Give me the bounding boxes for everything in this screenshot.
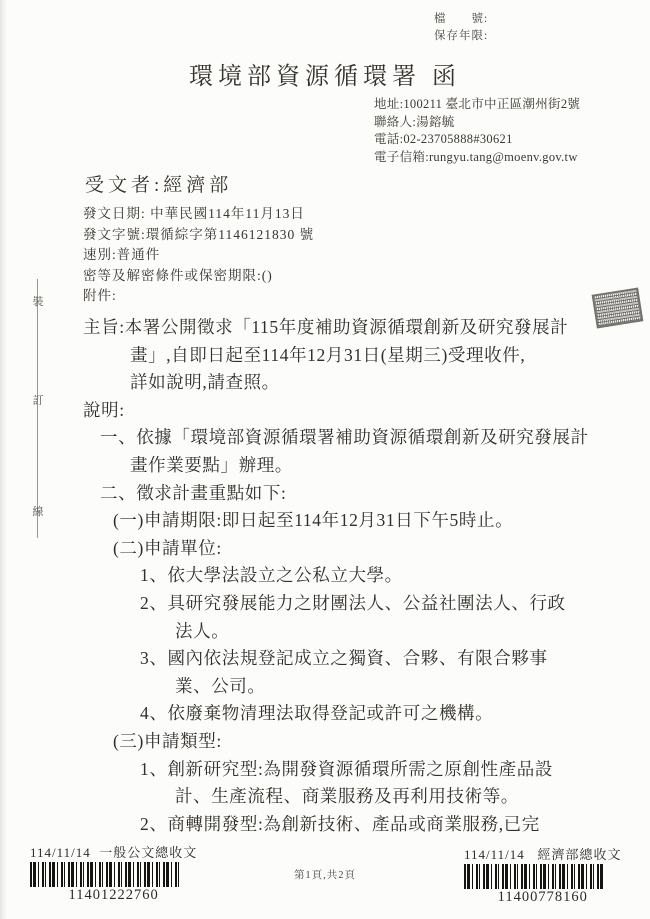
numbered-item: 1、創新研究型:為開發資源循環所需之原創性產品設 (0, 756, 650, 784)
binding-mark-xian: 線 (31, 503, 45, 519)
contact-phone: 電話:02-23705888#30621 (374, 131, 580, 149)
retention-period-label: 保存年限: (434, 28, 488, 45)
attachment-label: 附件: (83, 286, 314, 307)
numbered-item: 法人。 (0, 618, 650, 646)
binding-mark-zhuang: 裝 (31, 293, 45, 309)
sub-item: (三)申請類型: (0, 728, 650, 756)
receipt-office: 一般公文總收文 (99, 845, 197, 860)
subject-line: 主旨:本署公開徵求「115年度補助資源循環創新及研究發展計 (0, 314, 650, 342)
sub-item: (二)申請單位: (0, 535, 650, 563)
priority-level: 速別:普通件 (83, 245, 314, 266)
numbered-item: 1、依大學法設立之公私立大學。 (0, 562, 650, 590)
dispatch-date: 發文日期: 中華民國114年11月13日 (83, 204, 314, 225)
page-indicator: 第1頁,共2頁 (0, 867, 650, 882)
receipt-date: 114/11/14 (30, 845, 91, 860)
explanation-item: 二、徵求計畫重點如下: (0, 480, 650, 508)
explanation-heading: 說明: (0, 397, 650, 425)
numbered-item: 4、依廢棄物清理法取得登記或許可之機構。 (0, 700, 650, 728)
receipt-number: 11400778160 (464, 889, 622, 906)
explanation-item: 畫作業要點」辦理。 (0, 452, 650, 480)
binding-line: 裝 訂 線 (37, 279, 38, 538)
dispatch-metadata: 發文日期: 中華民國114年11月13日 發文字號:環循綜字第114612183… (83, 204, 314, 307)
numbered-item: 3、國內依法規登記成立之獨資、合夥、有限合夥事 (0, 645, 650, 673)
scanned-official-letter: 檔 號: 保存年限: 環境部資源循環署 函 地址:100211 臺北市中正區潮州… (0, 0, 650, 919)
subject-line: 畫」,自即日起至114年12月31日(星期三)受理收件, (0, 342, 650, 370)
contact-email: 電子信箱:rungyu.tang@moenv.gov.tw (374, 149, 580, 167)
document-title: 環境部資源循環署 函 (0, 56, 650, 91)
sub-item: (一)申請期限:即日起至114年12月31日下午5時止。 (0, 507, 650, 535)
file-number-label: 檔 號: (434, 11, 488, 28)
receipt-date: 114/11/14 (464, 847, 525, 862)
letter-body: 主旨:本署公開徵求「115年度補助資源循環創新及研究發展計 畫」,自即日起至11… (0, 314, 650, 838)
subject-line: 詳如說明,請查照。 (0, 369, 650, 397)
binding-mark-ding: 訂 (31, 392, 45, 408)
recipient-line: 受文者:經濟部 (85, 170, 232, 197)
receipt-stamp-icon (592, 288, 644, 329)
receipt-header: 114/11/14 一般公文總收文 (30, 842, 197, 861)
numbered-item: 2、具研究發展能力之財團法人、公益社團法人、行政 (0, 590, 650, 618)
contact-address: 地址:100211 臺北市中正區潮州街2號 (374, 96, 580, 114)
receipt-office: 經濟部總收文 (538, 847, 622, 862)
archival-labels: 檔 號: 保存年限: (434, 11, 488, 45)
receipt-number: 11401222760 (30, 887, 197, 904)
contact-person: 聯絡人:湯鎔毓 (374, 114, 580, 132)
dispatch-number: 發文字號:環循綜字第1146121830 號 (83, 225, 314, 246)
classification-line: 密等及解密條件或保密期限:() (83, 266, 314, 287)
numbered-item: 2、商轉開發型:為創新技術、產品或商業服務,已完 (0, 811, 650, 839)
numbered-item: 計、生產流程、商業服務及再利用技術等。 (0, 783, 650, 811)
explanation-item: 一、依據「環境部資源循環署補助資源循環創新及研究發展計 (0, 424, 650, 452)
numbered-item: 業、公司。 (0, 673, 650, 701)
agency-contact-block: 地址:100211 臺北市中正區潮州街2號 聯絡人:湯鎔毓 電話:02-2370… (374, 96, 580, 166)
receipt-header: 114/11/14 經濟部總收文 (464, 844, 622, 863)
